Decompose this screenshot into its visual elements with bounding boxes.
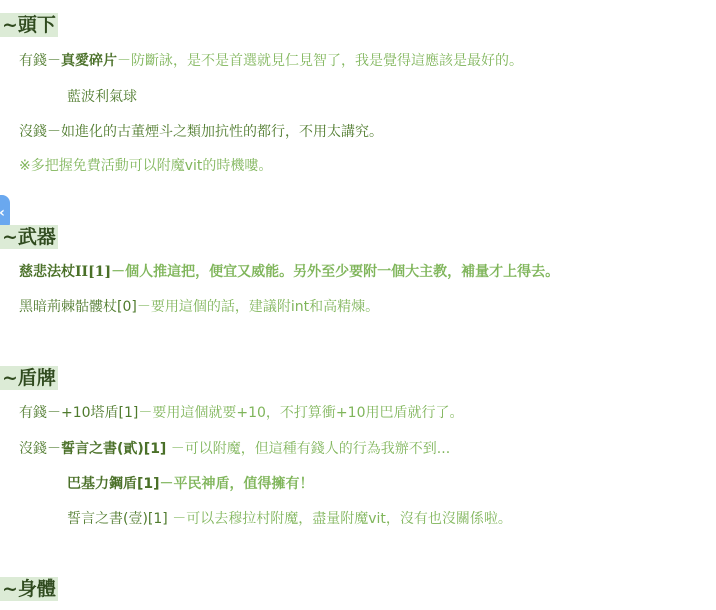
line-weapon-1: 慈悲法杖II[1]－個人推這把，便宜又威能。另外至少要附一個大主教，補量才上得去… [19,262,559,282]
item-name: 黑暗荊棘骷髏杖[0] [19,299,137,315]
item-note: －可以去穆拉村附魔，盡量附魔vit，沒有也沒關係啦。 [168,511,512,527]
item-name: 誓言之書(貳)[1] [61,441,166,457]
line-poor-head: 沒錢－如進化的古董煙斗之類加抗性的都行，不用太講究。 [19,122,383,142]
line-alt-item: 藍波利氣球 [67,87,137,107]
line-rich-head: 有錢－真愛碎片－防斷詠，是不是首選就見仁見智了，我是覺得這應該是最好的。 [19,51,523,71]
label-poor: 沒錢－ [19,441,61,457]
item-note: －平民神盾，值得擁有！ [160,476,314,492]
item-note: －要用這個就要+10，不打算衝+10用巴盾就行了。 [138,405,463,421]
item-name: 巴基力鋼盾[1] [67,476,160,492]
item-note: －要用這個的話，建議附int和高精煉。 [137,299,379,315]
item-name: 真愛碎片 [61,53,117,69]
label-rich: 有錢－ [19,53,61,69]
chevron-left-icon: ‹ [0,205,5,221]
item-note: －個人推這把，便宜又威能。另外至少要附一個大主教，補量才上得去。 [111,264,559,280]
item-note: －防斷詠，是不是首選就見仁見智了，我是覺得這應該是最好的。 [117,53,523,69]
section-heading-body: ~身體 [0,577,58,601]
item-name: 慈悲法杖II[1] [19,264,111,280]
item-name: +10塔盾[1] [61,405,138,421]
line-tip-head: ※多把握免費活動可以附魔vit的時機嘍。 [19,156,272,176]
line-shield-poor: 沒錢－誓言之書(貳)[1] －可以附魔，但這種有錢人的行為我辦不到... [19,439,450,459]
line-shield-rich: 有錢－+10塔盾[1]－要用這個就要+10，不打算衝+10用巴盾就行了。 [19,403,463,423]
section-heading-weapon: ~武器 [0,225,58,249]
item-note: －可以附魔，但這種有錢人的行為我辦不到... [166,441,450,457]
label-rich: 有錢－ [19,405,61,421]
section-heading-shield: ~盾牌 [0,366,58,390]
item-name: 誓言之書(壹)[1] [67,511,168,527]
section-heading-head-lower: ~頭下 [0,13,58,37]
line-shield-alt-1: 巴基力鋼盾[1]－平民神盾，值得擁有！ [67,474,314,494]
line-weapon-2: 黑暗荊棘骷髏杖[0]－要用這個的話，建議附int和高精煉。 [19,297,379,317]
line-shield-alt-2: 誓言之書(壹)[1] －可以去穆拉村附魔，盡量附魔vit，沒有也沒關係啦。 [67,509,512,529]
